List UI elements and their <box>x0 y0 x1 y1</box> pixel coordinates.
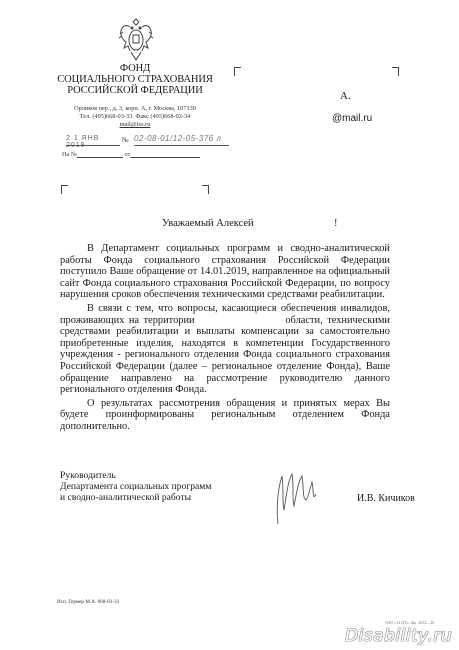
reference-line: На № от <box>62 151 200 158</box>
ref-number-blank <box>77 151 123 158</box>
ref-date-blank <box>130 151 200 158</box>
signer-name: И.В. Кичиков <box>357 493 415 504</box>
signer-title-line: и сводно-аналитической работы <box>60 492 211 503</box>
org-address: Орликов пер., д. 3, корп. А, г. Москва, … <box>40 105 230 113</box>
salutation-text: Уважаемый Алексей <box>162 218 254 229</box>
body-paragraph: В связи с тем, что вопросы, касающиеся о… <box>60 303 390 396</box>
org-email: mail@fss.ru <box>40 121 230 129</box>
ref-number-label: На № <box>62 151 77 158</box>
signer-title: Руководитель Департамента социальных про… <box>60 470 211 503</box>
coat-of-arms-emblem-icon <box>118 18 154 62</box>
org-phone-fax: Тел. (495)668-03-33. Факс (495)668-02-34 <box>40 113 230 121</box>
recipient-name: А. <box>340 90 351 102</box>
recipient-corner-left <box>234 67 241 76</box>
watermark: Disability.ru <box>345 626 452 646</box>
signer-title-line: Руководитель <box>60 470 211 481</box>
salutation-exclamation: ! <box>334 218 338 229</box>
letter-number-label: № <box>122 136 129 144</box>
org-contacts: Орликов пер., д. 3, корп. А, г. Москва, … <box>40 105 230 129</box>
subject-corner-left <box>61 185 68 194</box>
org-line-1: ФОНД <box>40 63 230 74</box>
recipient-email: @mail.ru <box>332 113 372 124</box>
subject-corner-right <box>202 185 209 194</box>
organization-name: ФОНД СОЦИАЛЬНОГО СТРАХОВАНИЯ РОССИЙСКОЙ … <box>40 63 230 96</box>
body-paragraph: В Департамент социальных программ и свод… <box>60 243 390 301</box>
executor-info: Исп. Гермер М.А. 668-03-33 <box>57 599 119 605</box>
handwritten-signature-icon <box>272 468 322 526</box>
signer-title-line: Департамента социальных программ <box>60 481 211 492</box>
letter-number: 02-08-01/12-05-376 л <box>134 134 229 146</box>
org-line-3: РОССИЙСКОЙ ФЕДЕРАЦИИ <box>40 85 230 96</box>
letter-date: 2 1 ЯНВ 2019 <box>66 135 120 146</box>
recipient-corner-right <box>392 67 399 76</box>
print-info: ОАО «12 ЦТ». Зак. 4032—16 <box>385 620 434 625</box>
letter-body: В Департамент социальных программ и свод… <box>60 243 390 435</box>
org-line-2: СОЦИАЛЬНОГО СТРАХОВАНИЯ <box>40 74 230 85</box>
body-paragraph: О результатах рассмотрения обращения и п… <box>60 398 390 433</box>
